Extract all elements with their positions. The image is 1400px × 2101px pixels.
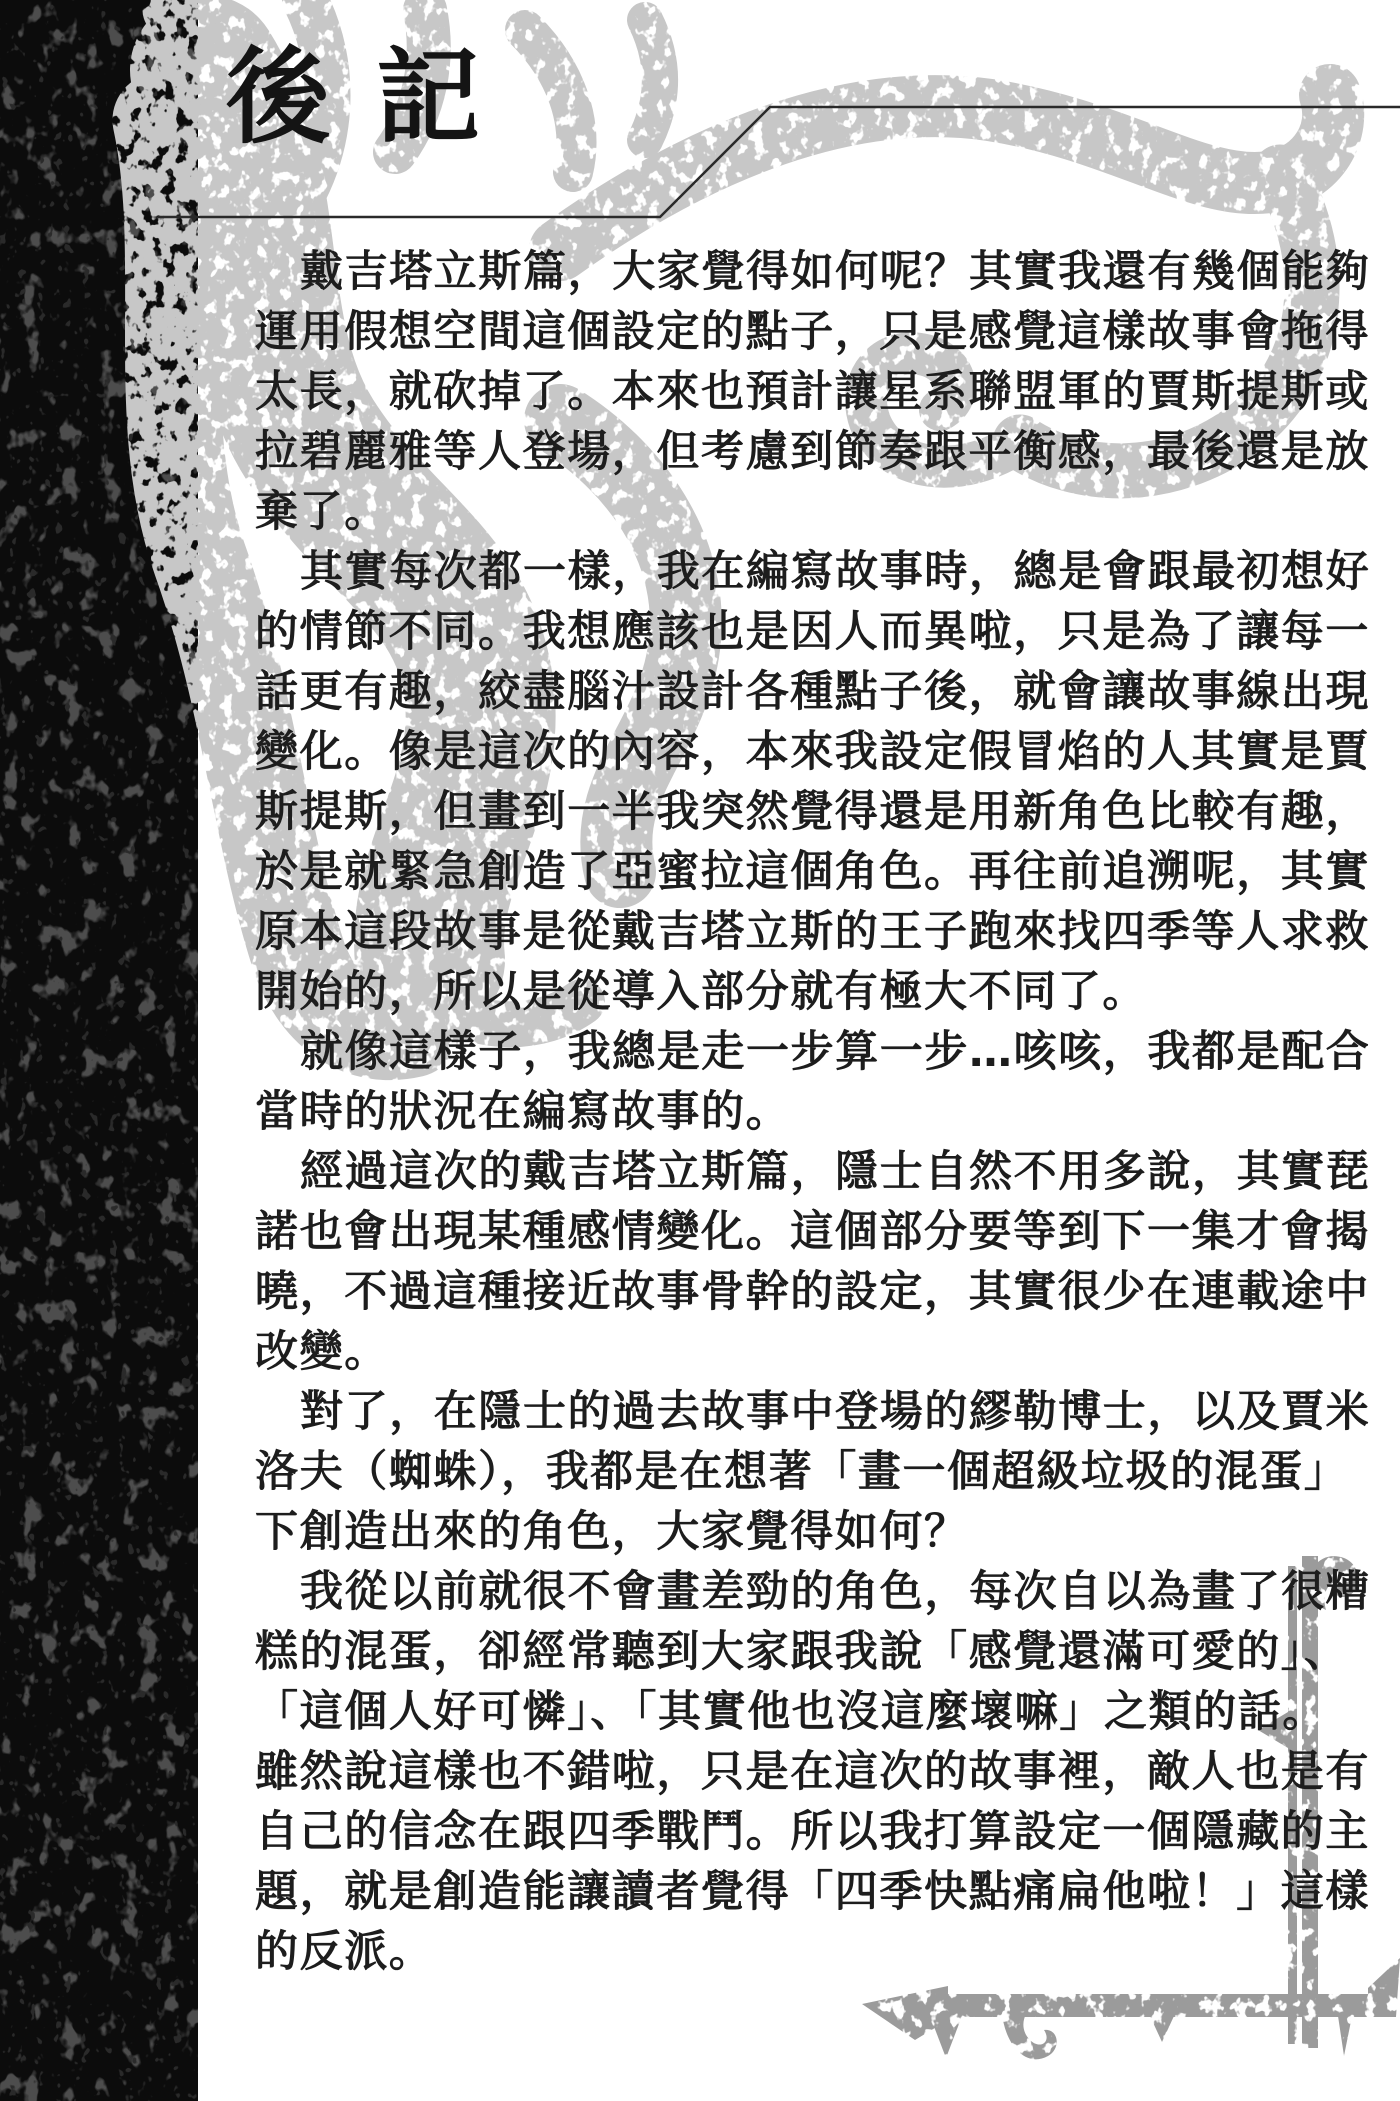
text-line: 於是就緊急創造了亞蜜拉這個角色。再往前追溯呢，其實 <box>255 842 1337 902</box>
text-line: 曉，不過這種接近故事骨幹的設定，其實很少在連載途中 <box>255 1262 1337 1322</box>
text-line: 棄了。 <box>255 482 1337 542</box>
text-line: 改變。 <box>255 1322 1337 1382</box>
text-line: 開始的，所以是從導入部分就有極大不同了。 <box>255 962 1337 1022</box>
text-line: 太長，就砍掉了。本來也預計讓星系聯盟軍的賈斯提斯或 <box>255 362 1337 422</box>
text-line: 經過這次的戴吉塔立斯篇，隱士自然不用多說，其實琵 <box>255 1142 1337 1202</box>
text-line: 的反派。 <box>255 1922 1337 1982</box>
text-line: 雖然說這樣也不錯啦，只是在這次的故事裡，敵人也是有 <box>255 1742 1337 1802</box>
text-line: 當時的狀況在編寫故事的。 <box>255 1082 1337 1142</box>
text-line: 自己的信念在跟四季戰鬥。所以我打算設定一個隱藏的主 <box>255 1802 1337 1862</box>
text-line: 的情節不同。我想應該也是因人而異啦，只是為了讓每一 <box>255 602 1337 662</box>
page-title: 後記 <box>226 40 526 154</box>
text-line: 我從以前就很不會畫差勁的角色，每次自以為畫了很糟 <box>255 1562 1337 1622</box>
text-line: 對了，在隱士的過去故事中登場的繆勒博士，以及賈米 <box>255 1382 1337 1442</box>
text-line: 就像這樣子，我總是走一步算一步…咳咳，我都是配合 <box>255 1022 1337 1082</box>
text-line: 下創造出來的角色，大家覺得如何？ <box>255 1502 1337 1562</box>
text-line: 題，就是創造能讓讀者覺得「四季快點痛扁他啦！」這樣 <box>255 1862 1337 1922</box>
text-line: 洛夫（蜘蛛），我都是在想著「畫一個超級垃圾的混蛋」 <box>255 1442 1337 1502</box>
text-line: 原本這段故事是從戴吉塔立斯的王子跑來找四季等人求救 <box>255 902 1337 962</box>
text-line: 運用假想空間這個設定的點子，只是感覺這樣故事會拖得 <box>255 302 1337 362</box>
text-line: 拉碧麗雅等人登場，但考慮到節奏跟平衡感，最後還是放 <box>255 422 1337 482</box>
text-line: 其實每次都一樣，我在編寫故事時，總是會跟最初想好 <box>255 542 1337 602</box>
text-line: 變化。像是這次的內容，本來我設定假冒焰的人其實是賈 <box>255 722 1337 782</box>
text-line: 糕的混蛋，卻經常聽到大家跟我說「感覺還滿可愛的」、 <box>255 1622 1337 1682</box>
text-line: 斯提斯，但畫到一半我突然覺得還是用新角色比較有趣， <box>255 782 1337 842</box>
text-line: 諾也會出現某種感情變化。這個部分要等到下一集才會揭 <box>255 1202 1337 1262</box>
text-line: 戴吉塔立斯篇，大家覺得如何呢？其實我還有幾個能夠 <box>255 242 1337 302</box>
text-line: 「這個人好可憐」、「其實他也沒這麼壞嘛」之類的話。 <box>255 1682 1337 1742</box>
afterword-body: 戴吉塔立斯篇，大家覺得如何呢？其實我還有幾個能夠 運用假想空間這個設定的點子，只… <box>255 242 1337 1982</box>
text-line: 話更有趣，絞盡腦汁設計各種點子後，就會讓故事線出現 <box>255 662 1337 722</box>
